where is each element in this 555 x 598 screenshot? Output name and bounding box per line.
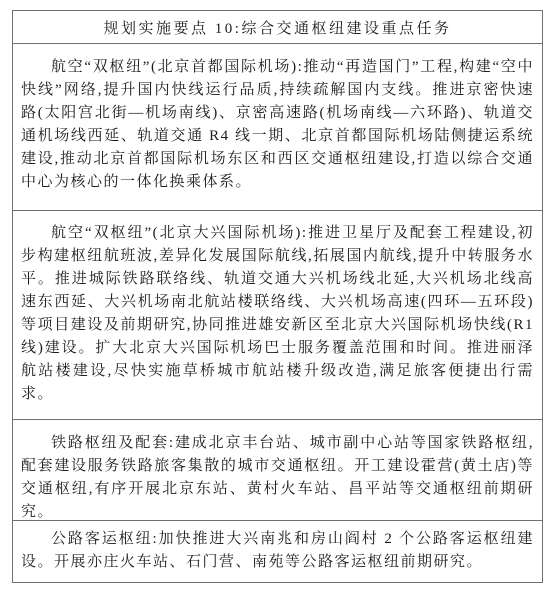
planning-key-points-table: 规划实施要点 10:综合交通枢纽建设重点任务 航空“双枢纽”(北京首都国际机场)… [12, 10, 543, 583]
section-road-passenger-hub: 公路客运枢纽:加快推进大兴南兆和房山阎村 2 个公路客运枢纽建设。开展亦庄火车站… [13, 521, 542, 582]
section-paragraph: 航空“双枢纽”(北京首都国际机场):推动“再造国门”工程,构建“空中快线”网络,… [21, 56, 534, 194]
table-title: 规划实施要点 10:综合交通枢纽建设重点任务 [13, 11, 542, 44]
section-paragraph: 公路客运枢纽:加快推进大兴南兆和房山阎村 2 个公路客运枢纽建设。开展亦庄火车站… [21, 528, 534, 574]
document-page: 规划实施要点 10:综合交通枢纽建设重点任务 航空“双枢纽”(北京首都国际机场)… [0, 0, 555, 598]
section-air-hub-daxing-airport: 航空“双枢纽”(北京大兴国际机场):推进卫星厅及配套工程建设,初步构建枢纽航班波… [13, 211, 542, 420]
section-railway-hub: 铁路枢纽及配套:建成北京丰台站、城市副中心站等国家铁路枢纽,配套建设服务铁路旅客… [13, 420, 542, 521]
section-paragraph: 航空“双枢纽”(北京大兴国际机场):推进卫星厅及配套工程建设,初步构建枢纽航班波… [21, 222, 534, 406]
section-paragraph: 铁路枢纽及配套:建成北京丰台站、城市副中心站等国家铁路枢纽,配套建设服务铁路旅客… [21, 432, 534, 521]
section-air-hub-capital-airport: 航空“双枢纽”(北京首都国际机场):推动“再造国门”工程,构建“空中快线”网络,… [13, 44, 542, 211]
